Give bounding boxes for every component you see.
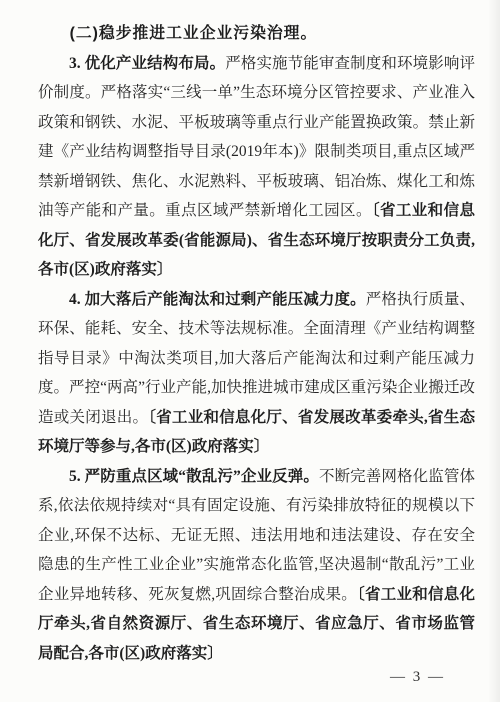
paragraph-body: 严格实施节能审查制度和环境影响评价制度。严格落实“三线一单”生态环境分区管控要求… [38, 55, 475, 220]
paragraph-3: 3. 优化产业结构布局。严格实施节能审查制度和环境影响评价制度。严格落实“三线一… [38, 49, 475, 285]
paragraph-5: 5. 严防重点区域“散乱污”企业反弹。不断完善网格化监管体系,依法依规持续对“具… [38, 462, 475, 669]
paragraph-lead: 3. 优化产业结构布局。 [69, 55, 225, 72]
page-number: — 3 — [390, 669, 445, 686]
document-page: (二)稳步推进工业企业污染治理。 3. 优化产业结构布局。严格实施节能审查制度和… [0, 0, 500, 702]
paragraph-lead: 5. 严防重点区域“散乱污”企业反弹。 [69, 468, 319, 485]
paragraph-body: 严格执行质量、环保、能耗、安全、技术等法规标准。全面清理《产业结构调整指导目录》… [38, 291, 475, 426]
paragraph-lead: 4. 加大落后产能淘汰和过剩产能压减力度。 [69, 291, 366, 308]
section-heading: (二)稳步推进工业企业污染治理。 [38, 19, 475, 49]
paragraph-4: 4. 加大落后产能淘汰和过剩产能压减力度。严格执行质量、环保、能耗、安全、技术等… [38, 285, 475, 462]
paragraph-body: 不断完善网格化监管体系,依法依规持续对“具有固定设施、有污染排放特征的规模以下企… [38, 468, 475, 603]
